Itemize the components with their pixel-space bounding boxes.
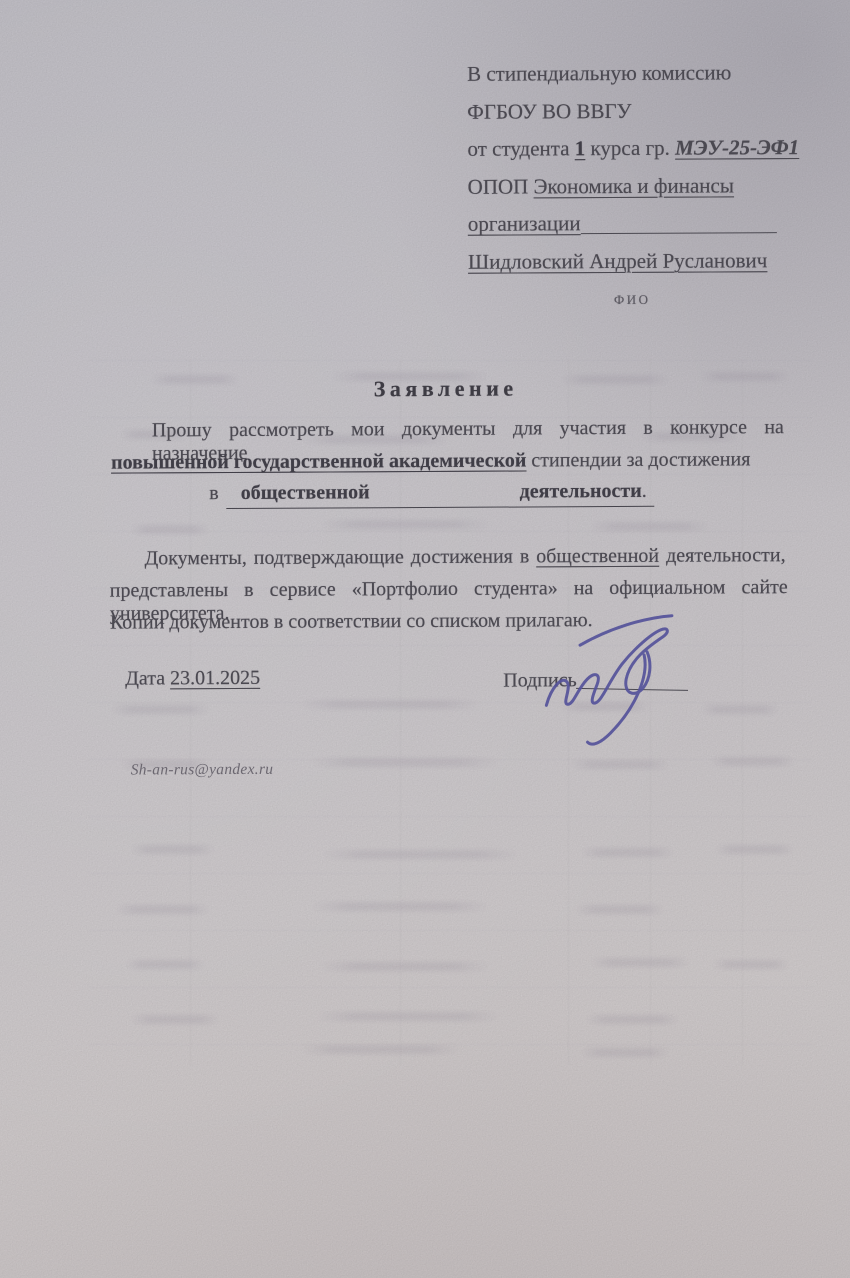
program-label: ОПОП: [468, 174, 534, 198]
group-code: МЭУ-25-ЭФ1: [675, 135, 799, 160]
date-line: Дата 23.01.2025: [125, 667, 260, 691]
recipient-line-university: ФГБОУ ВО ВВГУ: [467, 92, 817, 131]
course-number: 1: [575, 136, 586, 160]
scholarship-type-emphasis: повышенной государственной академической: [111, 449, 526, 473]
date-label: Дата: [125, 667, 170, 689]
student-full-name: Шидловский Андрей Русланович: [468, 248, 767, 274]
email-note: Sh-an-rus@yandex.ru: [131, 761, 274, 780]
fill-line-gap: [370, 498, 520, 499]
request-line-2: повышенной государственной академической…: [111, 448, 750, 474]
signature-line: Подпись: [503, 665, 689, 693]
documents-line-3: Копии документов в соответствии со списк…: [110, 609, 593, 635]
signature-underline: [576, 668, 688, 691]
application-sheet: В стипендиальную комиссию ФГБОУ ВО ВВГУ …: [0, 0, 850, 1278]
request-line-3: вобщественнойдеятельности.: [209, 480, 655, 509]
activity-field-value: общественной: [241, 481, 370, 504]
from-student-text: от студента: [467, 136, 574, 161]
documents-line-1: Документы, подтверждающие достижения в о…: [145, 544, 786, 570]
fio-caption: ФИО: [468, 280, 752, 319]
group-label-text: курса гр.: [585, 136, 675, 160]
program-name: Экономика и финансы: [533, 173, 734, 198]
documents-line-1-before: Документы, подтверждающие достижения в: [145, 545, 537, 569]
activity-type-underlined: общественной: [536, 545, 659, 568]
activity-fill-line: общественнойдеятельности.: [227, 480, 655, 509]
request-line-2-rest: стипендии за достижения: [526, 448, 750, 471]
blank-underline: [581, 212, 777, 235]
preposition-v: в: [209, 482, 219, 504]
signature-label: Подпись: [503, 669, 577, 691]
student-name-line: Шидловский Андрей Русланович: [468, 242, 818, 281]
program-continuation-line: организации: [468, 204, 818, 243]
document-title: Заявление: [21, 374, 850, 404]
activity-word: деятельности: [520, 480, 642, 503]
student-course-group-line: от студента 1 курса гр. МЭУ-25-ЭФ1: [467, 129, 817, 168]
sentence-period: .: [642, 480, 647, 502]
recipient-block: В стипендиальную комиссию ФГБОУ ВО ВВГУ …: [467, 54, 818, 319]
recipient-line-committee: В стипендиальную комиссию: [467, 54, 817, 93]
documents-line-1-after: деятельности,: [659, 544, 786, 567]
photographed-document: В стипендиальную комиссию ФГБОУ ВО ВВГУ …: [0, 0, 850, 1278]
program-line: ОПОП Экономика и финансы: [468, 167, 818, 206]
date-value: 23.01.2025: [170, 667, 260, 689]
program-name-continued: организации: [468, 212, 581, 237]
